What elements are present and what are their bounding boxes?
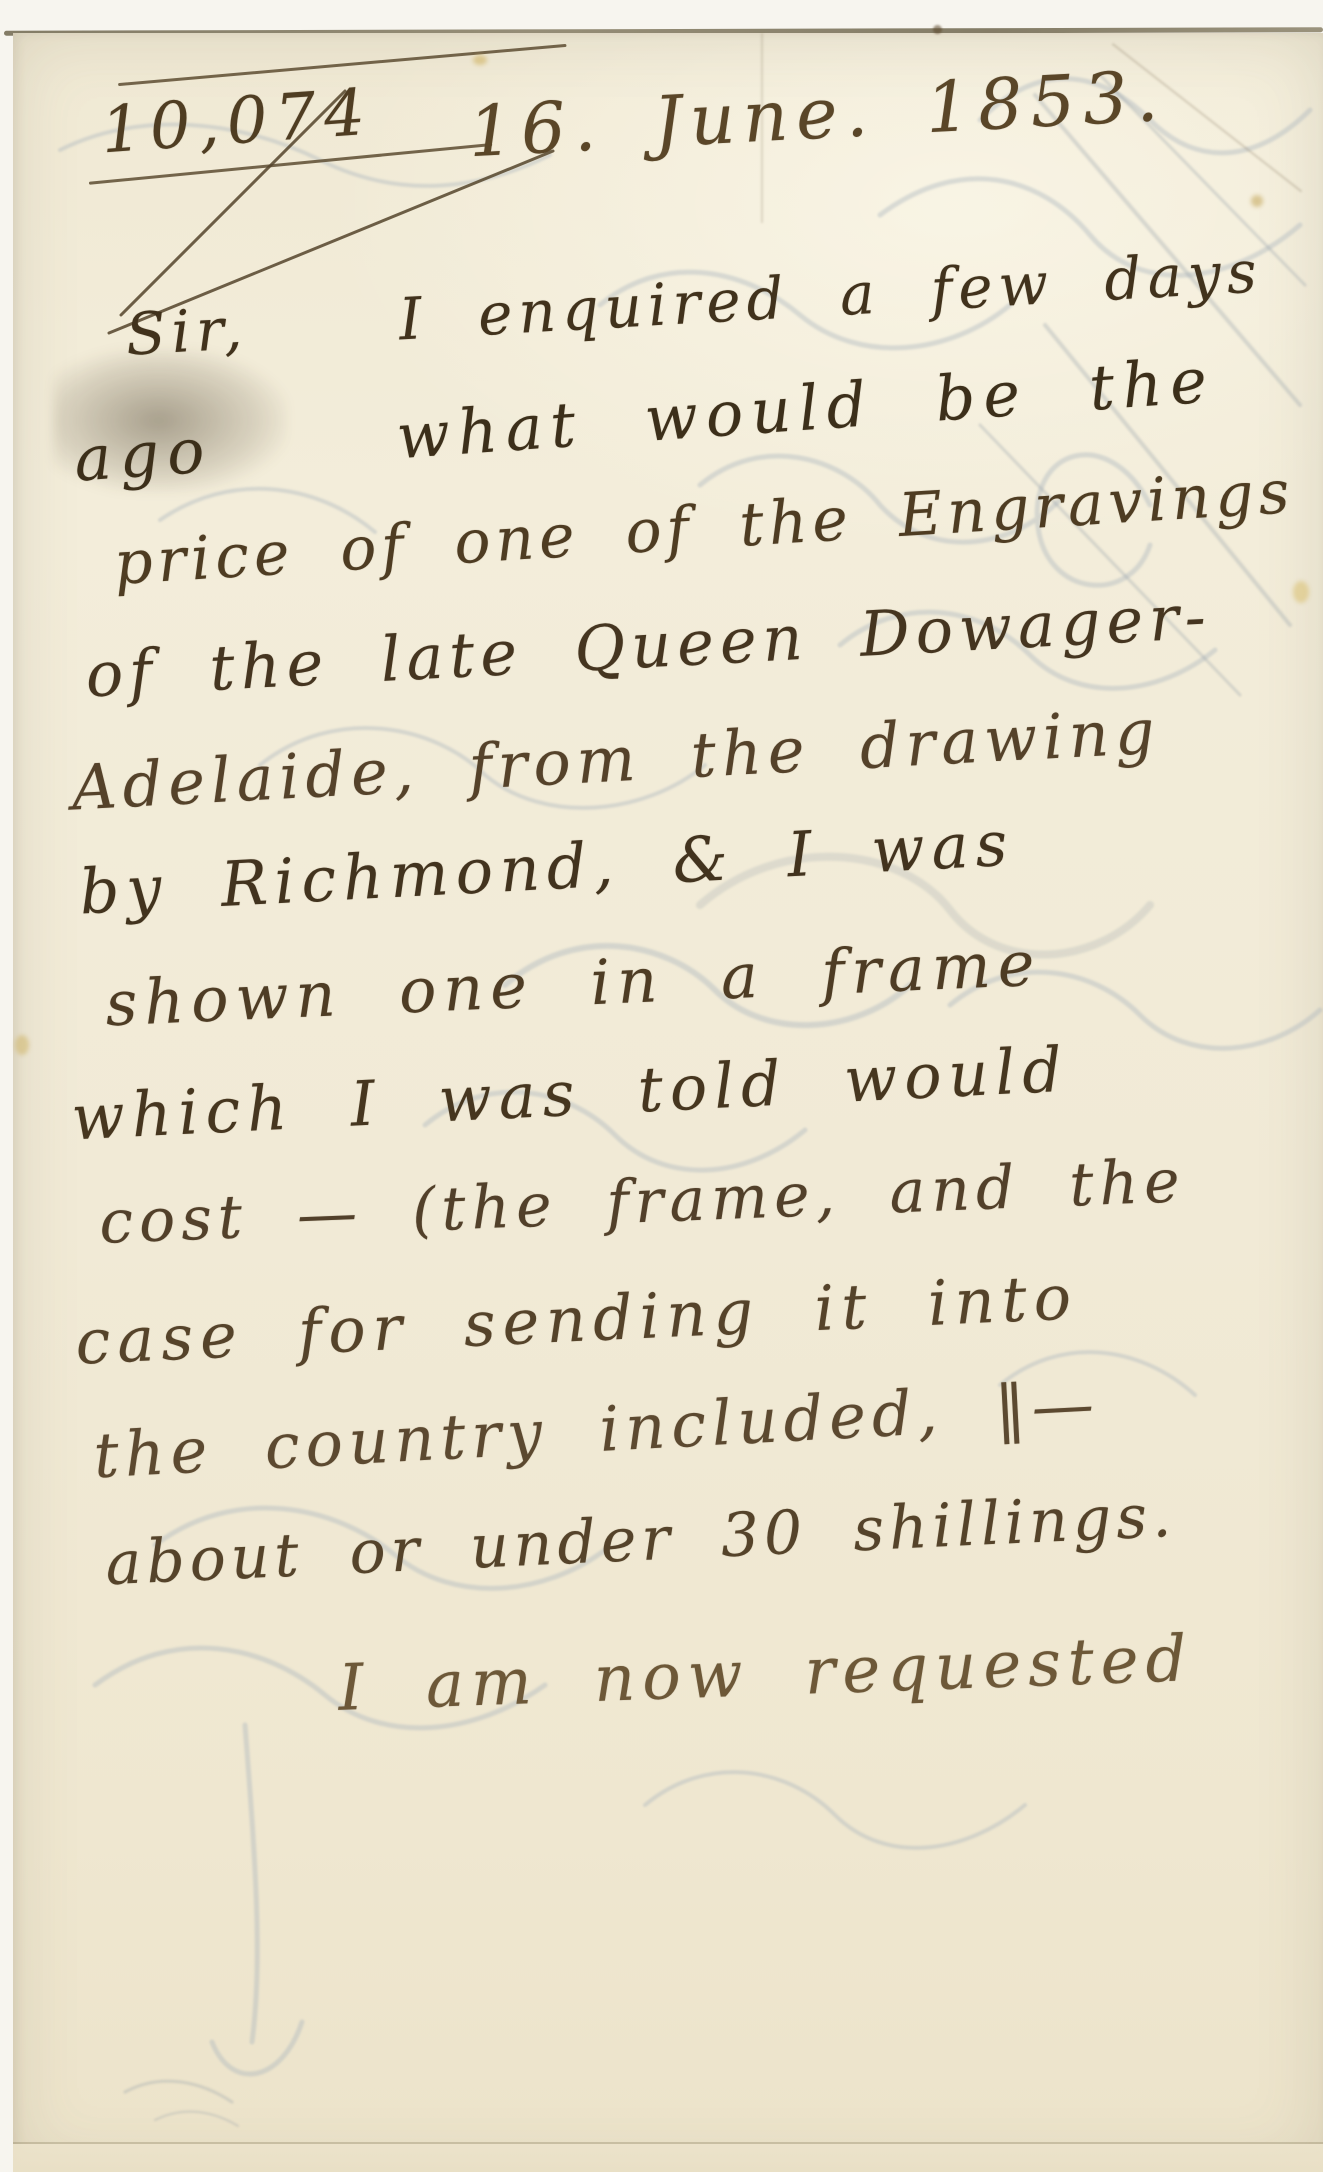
paper-fleck (473, 55, 487, 65)
letter-page: 10,074 16. June. 1853. Sir, I enquired a… (13, 33, 1323, 2172)
ink-spot (933, 25, 942, 34)
bottom-fold-crease (13, 2142, 1323, 2172)
paper-fleck (1251, 195, 1263, 207)
vertical-crease (761, 33, 763, 223)
paper-fleck (1293, 581, 1309, 603)
paper-fleck (15, 1035, 29, 1055)
scanned-letter: 10,074 16. June. 1853. Sir, I enquired a… (0, 0, 1323, 2172)
